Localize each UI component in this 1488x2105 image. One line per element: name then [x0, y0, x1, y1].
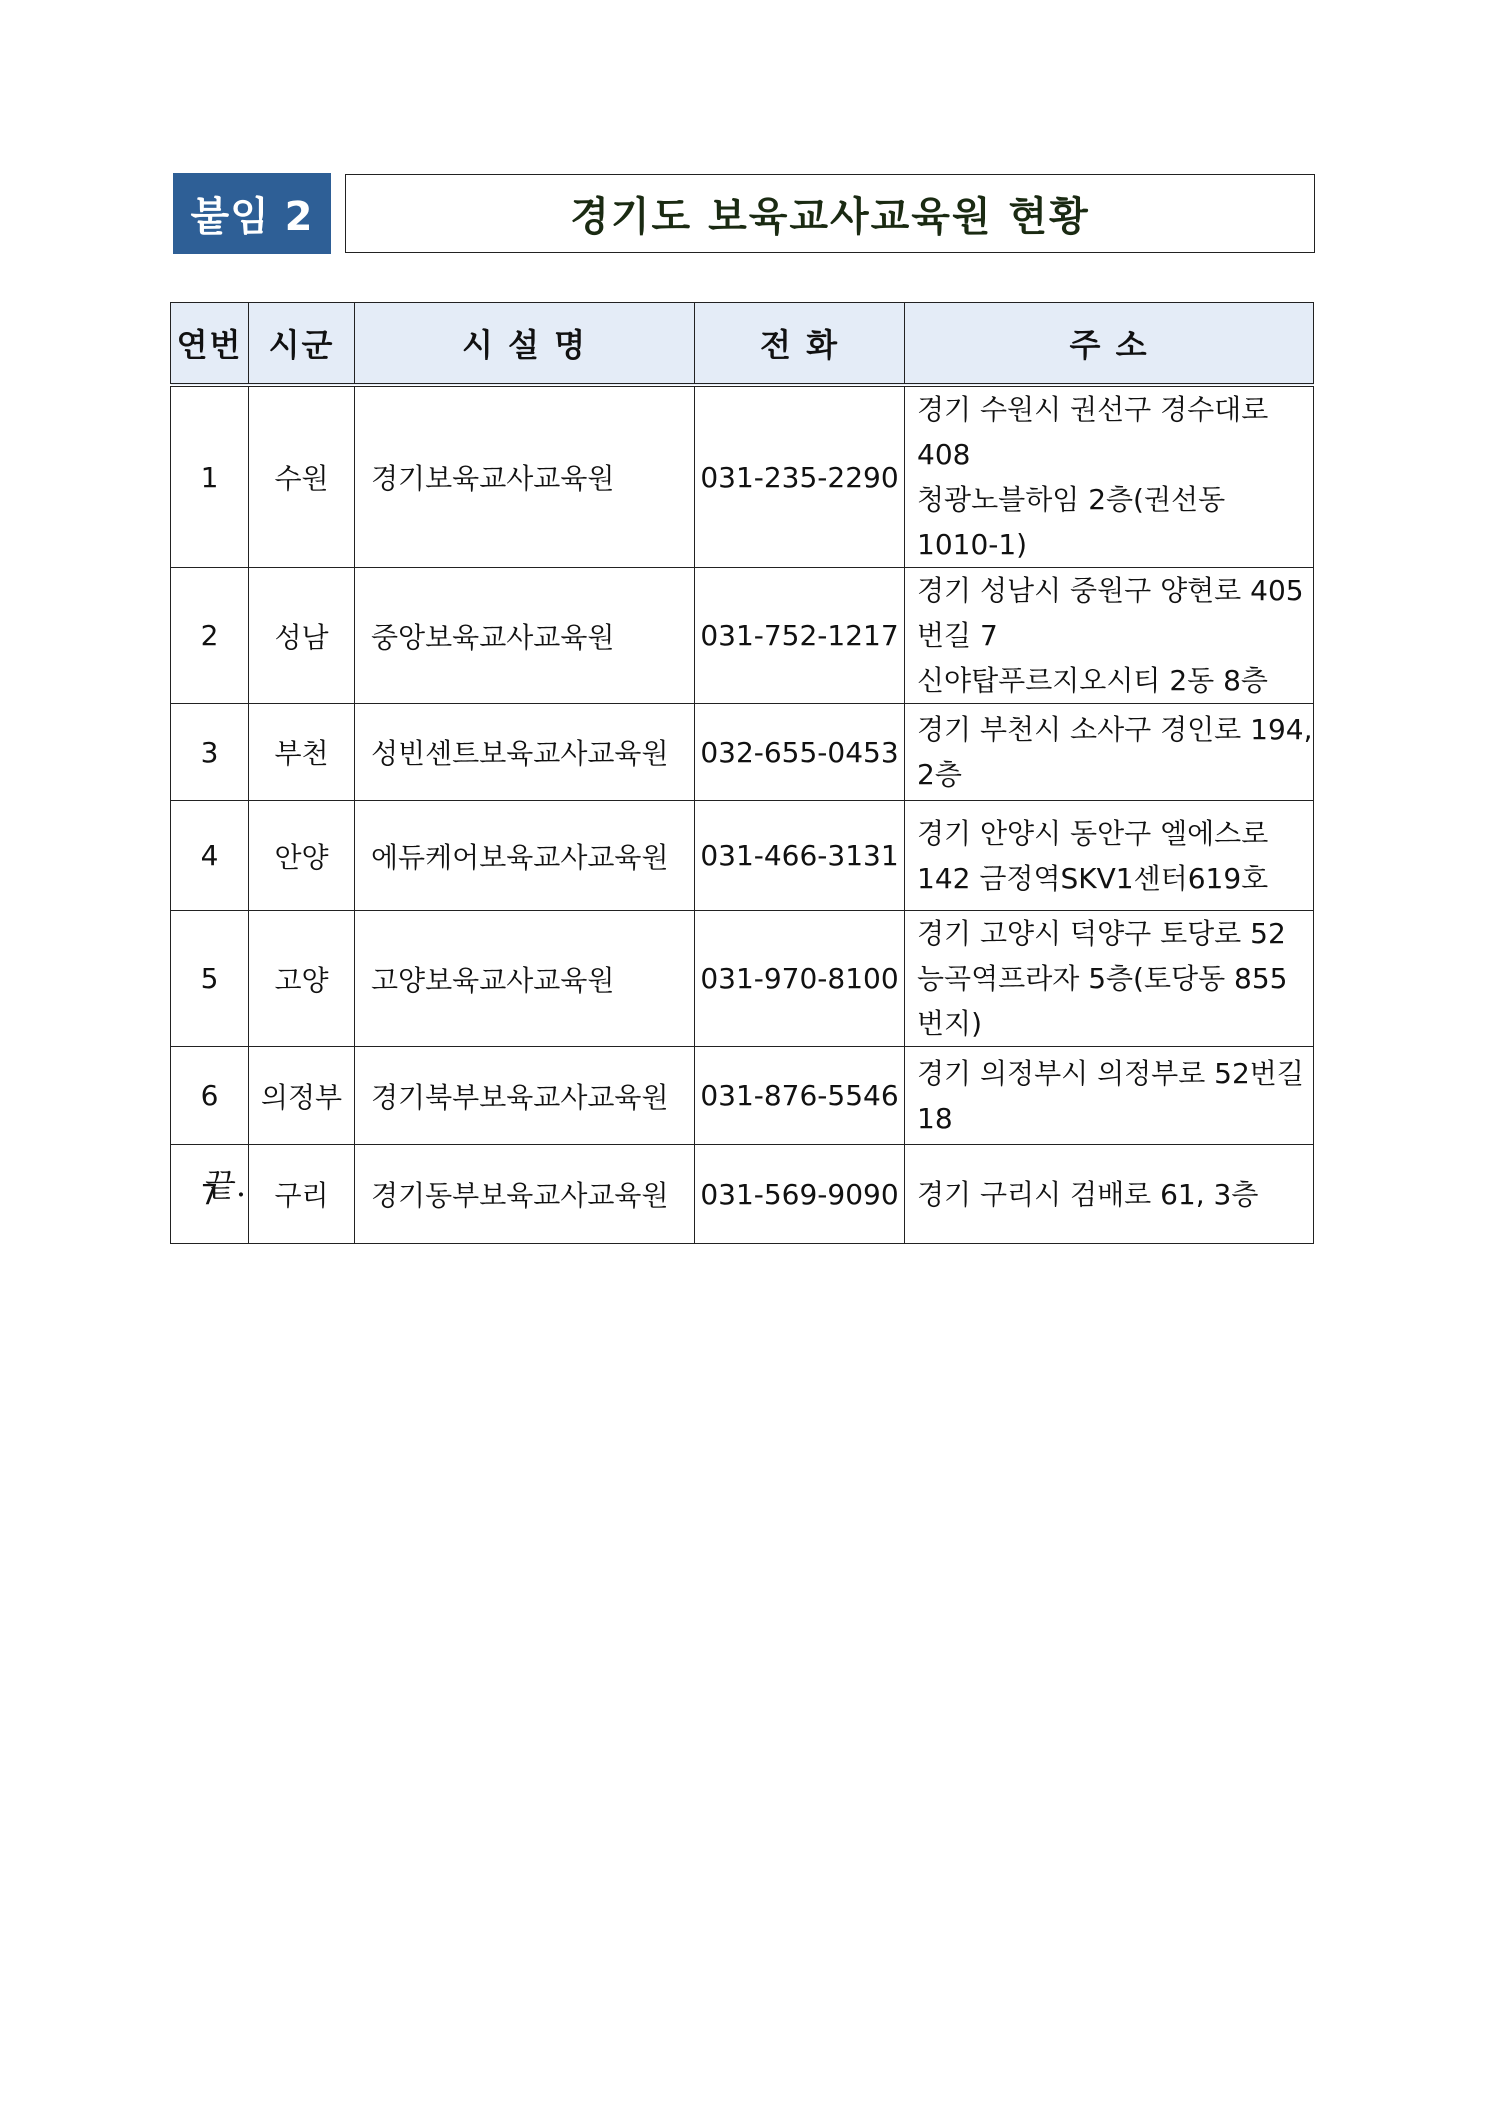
- row-phone: 031-235-2290: [695, 385, 905, 568]
- address-line: 경기 구리시 검배로 61, 3층: [917, 1172, 1313, 1217]
- table-row: 4 안양 에듀케어보육교사교육원 031-466-3131 경기 안양시 동안구…: [171, 801, 1314, 911]
- row-phone: 031-466-3131: [695, 801, 905, 911]
- column-header-address: 주 소: [905, 303, 1314, 386]
- row-address: 경기 부천시 소사구 경인로 194, 2층: [905, 704, 1314, 801]
- table-row: 2 성남 중앙보육교사교육원 031-752-1217 경기 성남시 중원구 양…: [171, 568, 1314, 704]
- table-row: 6 의정부 경기북부보육교사교육원 031-876-5546 경기 의정부시 의…: [171, 1047, 1314, 1145]
- address-line: 신야탑푸르지오시티 2동 8층: [917, 658, 1313, 703]
- row-city: 고양: [249, 911, 355, 1047]
- column-header-phone: 전 화: [695, 303, 905, 386]
- row-facility-name: 성빈센트보육교사교육원: [355, 704, 695, 801]
- address-line: 경기 고양시 덕양구 토당로 52: [917, 911, 1313, 956]
- row-number: 1: [171, 385, 249, 568]
- row-city: 수원: [249, 385, 355, 568]
- row-city: 의정부: [249, 1047, 355, 1145]
- address-line: 청광노블하임 2층(권선동 1010-1): [917, 477, 1313, 567]
- end-mark: 끝.: [205, 1160, 246, 1206]
- address-line: 경기 안양시 동안구 엘에스로: [917, 811, 1313, 856]
- table-row: 1 수원 경기보육교사교육원 031-235-2290 경기 수원시 권선구 경…: [171, 385, 1314, 568]
- page-title: 경기도 보육교사교육원 현황: [570, 185, 1090, 242]
- column-header-number: 연번: [171, 303, 249, 386]
- row-city: 성남: [249, 568, 355, 704]
- row-city: 부천: [249, 704, 355, 801]
- row-number: 4: [171, 801, 249, 911]
- row-phone: 031-752-1217: [695, 568, 905, 704]
- row-number: 2: [171, 568, 249, 704]
- row-number: 3: [171, 704, 249, 801]
- row-facility-name: 경기보육교사교육원: [355, 385, 695, 568]
- row-address: 경기 구리시 검배로 61, 3층: [905, 1145, 1314, 1244]
- column-header-facility-name: 시 설 명: [355, 303, 695, 386]
- address-line: 경기 성남시 중원구 양현로 405번길 7: [917, 568, 1313, 658]
- row-facility-name: 고양보육교사교육원: [355, 911, 695, 1047]
- row-number: 5: [171, 911, 249, 1047]
- row-facility-name: 에듀케어보육교사교육원: [355, 801, 695, 911]
- address-line: 경기 부천시 소사구 경인로 194, 2층: [917, 707, 1313, 797]
- address-line: 경기 수원시 권선구 경수대로 408: [917, 387, 1313, 477]
- address-line: 능곡역프라자 5층(토당동 855번지): [917, 956, 1313, 1046]
- attachment-badge-label: 붙임 2: [190, 185, 313, 242]
- row-city: 안양: [249, 801, 355, 911]
- table-header-row: 연번 시군 시 설 명 전 화 주 소: [171, 303, 1314, 386]
- address-line: 142 금정역SKV1센터619호: [917, 856, 1313, 901]
- row-phone: 031-876-5546: [695, 1047, 905, 1145]
- row-phone: 031-970-8100: [695, 911, 905, 1047]
- column-header-city: 시군: [249, 303, 355, 386]
- attachment-badge: 붙임 2: [173, 173, 331, 254]
- facilities-table: 연번 시군 시 설 명 전 화 주 소 1 수원 경기보육교사교육원 031-2…: [170, 302, 1314, 1244]
- page-title-box: 경기도 보육교사교육원 현황: [345, 174, 1315, 253]
- row-city: 구리: [249, 1145, 355, 1244]
- table-row: 7 구리 경기동부보육교사교육원 031-569-9090 경기 구리시 검배로…: [171, 1145, 1314, 1244]
- row-phone: 031-569-9090: [695, 1145, 905, 1244]
- row-address: 경기 의정부시 의정부로 52번길 18: [905, 1047, 1314, 1145]
- table-row: 3 부천 성빈센트보육교사교육원 032-655-0453 경기 부천시 소사구…: [171, 704, 1314, 801]
- address-line: 경기 의정부시 의정부로 52번길 18: [917, 1051, 1313, 1141]
- row-address: 경기 안양시 동안구 엘에스로 142 금정역SKV1센터619호: [905, 801, 1314, 911]
- row-address: 경기 고양시 덕양구 토당로 52 능곡역프라자 5층(토당동 855번지): [905, 911, 1314, 1047]
- row-address: 경기 수원시 권선구 경수대로 408 청광노블하임 2층(권선동 1010-1…: [905, 385, 1314, 568]
- row-facility-name: 경기북부보육교사교육원: [355, 1047, 695, 1145]
- row-facility-name: 중앙보육교사교육원: [355, 568, 695, 704]
- row-facility-name: 경기동부보육교사교육원: [355, 1145, 695, 1244]
- row-address: 경기 성남시 중원구 양현로 405번길 7 신야탑푸르지오시티 2동 8층: [905, 568, 1314, 704]
- table-row: 5 고양 고양보육교사교육원 031-970-8100 경기 고양시 덕양구 토…: [171, 911, 1314, 1047]
- row-phone: 032-655-0453: [695, 704, 905, 801]
- row-number: 6: [171, 1047, 249, 1145]
